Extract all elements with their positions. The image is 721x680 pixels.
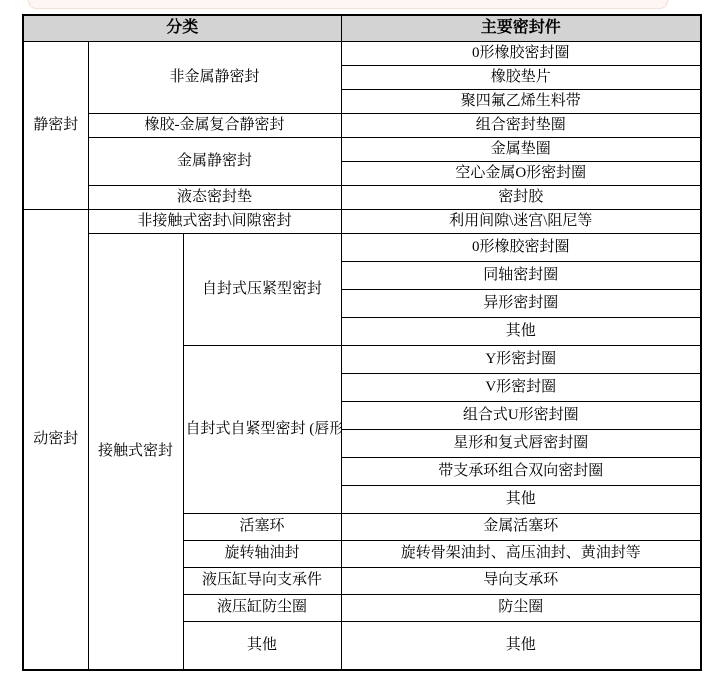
table-row: 静密封 非金属静密封 0形橡胶密封圈 [23, 41, 701, 65]
cell-contact-seal: 接触式密封 [88, 233, 183, 670]
seal-item-cell: 星形和复式唇密封圈 [341, 429, 701, 457]
seal-item-cell: 0形橡胶密封圈 [341, 233, 701, 261]
cell-dynamic-seal: 动密封 [23, 209, 88, 670]
seal-item-cell: 金属活塞环 [341, 513, 701, 540]
seal-item-cell: 组合密封垫圈 [341, 113, 701, 137]
seal-item-cell: 异形密封圈 [341, 289, 701, 317]
seal-classification-table: 分类 主要密封件 静密封 非金属静密封 0形橡胶密封圈 橡胶垫片 聚四氟乙烯生料… [22, 14, 702, 671]
cell-nonmetal-static-seal: 非金属静密封 [88, 41, 341, 113]
seal-item-cell: 空心金属O形密封圈 [341, 161, 701, 185]
seal-item-cell: 其他 [341, 485, 701, 513]
seal-item-cell: 其他 [341, 317, 701, 345]
seal-item-cell: 带支承环组合双向密封圈 [341, 457, 701, 485]
seal-item-cell: 其他 [341, 621, 701, 670]
seal-item-cell: 利用间隙\迷宫\阻尼等 [341, 209, 701, 233]
cell-noncontact-seal: 非接触式密封\间隙密封 [88, 209, 341, 233]
seal-item-cell: 金属垫圈 [341, 137, 701, 161]
document-page: 分类 主要密封件 静密封 非金属静密封 0形橡胶密封圈 橡胶垫片 聚四氟乙烯生料… [0, 0, 721, 680]
table-row: 橡胶-金属复合静密封 组合密封垫圈 [23, 113, 701, 137]
cell-metal-static-seal: 金属静密封 [88, 137, 341, 185]
cell-liquid-gasket-seal: 液态密封垫 [88, 185, 341, 209]
header-row: 分类 主要密封件 [23, 15, 701, 41]
cell-static-seal: 静密封 [23, 41, 88, 209]
cell-cylinder-dust-ring: 液压缸防尘圈 [183, 594, 341, 621]
header-cell-classification: 分类 [23, 15, 341, 41]
cell-self-tighten-lip-seal: 自封式自紧型密封 (唇形密封) [183, 345, 341, 513]
seal-item-cell: 防尘圈 [341, 594, 701, 621]
cell-cylinder-guide-support: 液压缸导向支承件 [183, 567, 341, 594]
seal-item-cell: 组合式U形密封圈 [341, 401, 701, 429]
table-row: 金属静密封 金属垫圈 [23, 137, 701, 161]
cell-self-compress-seal: 自封式压紧型密封 [183, 233, 341, 345]
cell-rotary-shaft-oil-seal: 旋转轴油封 [183, 540, 341, 567]
cropped-panel-edge [28, 0, 668, 9]
table-row: 液态密封垫 密封胶 [23, 185, 701, 209]
cell-other-class: 其他 [183, 621, 341, 670]
seal-item-cell: 密封胶 [341, 185, 701, 209]
header-cell-main-seals: 主要密封件 [341, 15, 701, 41]
cell-rubber-metal-static-seal: 橡胶-金属复合静密封 [88, 113, 341, 137]
seal-item-cell: Y形密封圈 [341, 345, 701, 373]
seal-item-cell: 0形橡胶密封圈 [341, 41, 701, 65]
seal-item-cell: 聚四氟乙烯生料带 [341, 89, 701, 113]
table-row: 接触式密封 自封式压紧型密封 0形橡胶密封圈 [23, 233, 701, 261]
seal-item-cell: 旋转骨架油封、高压油封、黄油封等 [341, 540, 701, 567]
seal-item-cell: V形密封圈 [341, 373, 701, 401]
seal-item-cell: 同轴密封圈 [341, 261, 701, 289]
table-row: 动密封 非接触式密封\间隙密封 利用间隙\迷宫\阻尼等 [23, 209, 701, 233]
seal-item-cell: 导向支承环 [341, 567, 701, 594]
cell-piston-ring: 活塞环 [183, 513, 341, 540]
seal-item-cell: 橡胶垫片 [341, 65, 701, 89]
